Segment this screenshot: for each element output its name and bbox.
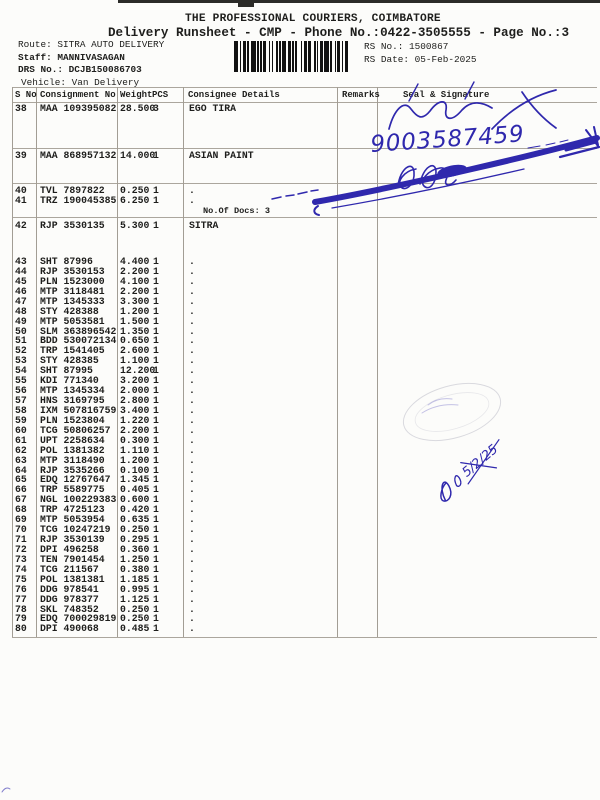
barcode-bar xyxy=(335,41,336,72)
cell-consignment: MAA 868957132 xyxy=(40,151,116,161)
barcode-bar xyxy=(314,41,315,72)
cell-consignment: DPI 490068 xyxy=(40,624,99,634)
cell-pcs: 1 xyxy=(153,221,159,231)
barcode-bar xyxy=(330,41,331,72)
barcode-bar xyxy=(234,41,238,72)
cell-sno: 41 xyxy=(15,196,27,206)
table-row: 80DPI 4900680.4851. xyxy=(0,624,600,634)
cell-weight: 0.485 xyxy=(120,624,149,634)
cell-pcs: 1 xyxy=(153,151,159,161)
staff-line: Staff: MANNIVASAGAN xyxy=(18,52,125,63)
cell-pcs: 1 xyxy=(153,624,159,634)
barcode-bar xyxy=(243,41,246,72)
barcode-bar xyxy=(337,41,340,72)
cell-consignee: EGO TIRA xyxy=(189,104,236,114)
barcode-bar xyxy=(295,41,296,72)
barcode-bar xyxy=(304,41,307,72)
cell-consignment: MAA 109395082 xyxy=(40,104,116,114)
cell-sno: 42 xyxy=(15,221,27,231)
barcode-bar xyxy=(260,41,261,72)
col-header-consignee: Consignee Details xyxy=(188,90,280,100)
table-border xyxy=(12,217,597,218)
cell-sno: 38 xyxy=(15,104,27,114)
barcode-bar xyxy=(240,41,241,72)
col-header-consignment: Consignment No xyxy=(40,90,116,100)
cell-weight: 6.250 xyxy=(120,196,149,206)
barcode-bar xyxy=(276,41,277,72)
barcode-bar xyxy=(292,41,293,72)
barcode-bar xyxy=(342,41,343,72)
table-border xyxy=(12,637,597,638)
barcode-bar xyxy=(308,41,311,72)
docs-note: No.Of Docs: 3 xyxy=(203,206,270,216)
barcode-bar xyxy=(279,41,280,72)
col-header-seal-signature: Seal & Signature xyxy=(403,90,489,100)
cell-sno: 39 xyxy=(15,151,27,161)
barcode-bar xyxy=(324,41,328,72)
barcode-bar xyxy=(345,41,348,72)
cell-weight: 5.300 xyxy=(120,221,149,231)
cell-consignment: RJP 3530135 xyxy=(40,221,105,231)
table-row: 42RJP 35301355.3001SITRA xyxy=(0,221,600,231)
cell-pcs: 1 xyxy=(153,196,159,206)
col-header-remarks: Remarks xyxy=(342,90,380,100)
rs-no-line: RS No.: 1500867 xyxy=(364,41,448,52)
scan-artifact-bottom xyxy=(2,788,10,792)
table-row: 41TRZ 1900453856.2501. xyxy=(0,196,600,206)
barcode-bar xyxy=(247,41,248,72)
cell-consignee: ASIAN PAINT xyxy=(189,151,254,161)
pen-dashes xyxy=(528,140,568,148)
table-row: 38MAA 10939508228.5003EGO TIRA xyxy=(0,104,600,114)
table-border xyxy=(12,87,597,88)
route-line: Route: SITRA AUTO DELIVERY xyxy=(18,39,164,50)
document-subtitle: Delivery Runsheet - CMP - Phone No.:0422… xyxy=(108,26,569,40)
table-border xyxy=(12,148,597,149)
barcode-bar xyxy=(317,41,318,72)
scan-artifact-notch xyxy=(238,3,254,7)
barcode-bar xyxy=(272,41,273,72)
cell-consignee: SITRA xyxy=(189,221,218,231)
barcode-bar xyxy=(320,41,323,72)
cell-sno: 80 xyxy=(15,624,27,634)
barcode-bar xyxy=(257,41,258,72)
barcode-bar xyxy=(288,41,291,72)
rs-date-line: RS Date: 05-Feb-2025 xyxy=(364,54,477,65)
table-border xyxy=(12,183,597,184)
barcode-bar xyxy=(282,41,286,72)
barcode xyxy=(234,41,352,72)
table-row: 39MAA 86895713214.0001ASIAN PAINT xyxy=(0,151,600,161)
barcode-bar xyxy=(301,41,302,72)
barcode-bar xyxy=(263,41,266,72)
cell-consignee: . xyxy=(189,624,195,634)
barcode-bar xyxy=(269,41,270,72)
col-header-sno: S No xyxy=(15,90,37,100)
cell-weight: 28.500 xyxy=(120,104,155,114)
barcode-bar xyxy=(251,41,255,72)
cell-consignment: TRZ 190045385 xyxy=(40,196,116,206)
col-header-weight: Weight xyxy=(120,90,152,100)
document-title: THE PROFESSIONAL COURIERS, COIMBATORE xyxy=(185,13,441,25)
delivery-runsheet-scan: THE PROFESSIONAL COURIERS, COIMBATORE De… xyxy=(0,0,600,800)
cell-pcs: 3 xyxy=(153,104,159,114)
cell-weight: 14.000 xyxy=(120,151,155,161)
cell-consignee: . xyxy=(189,196,195,206)
drs-no-line: DRS No.: DCJB150086703 xyxy=(18,64,142,75)
col-header-pcs: PCS xyxy=(152,90,168,100)
scan-artifact-top-edge xyxy=(118,0,600,3)
